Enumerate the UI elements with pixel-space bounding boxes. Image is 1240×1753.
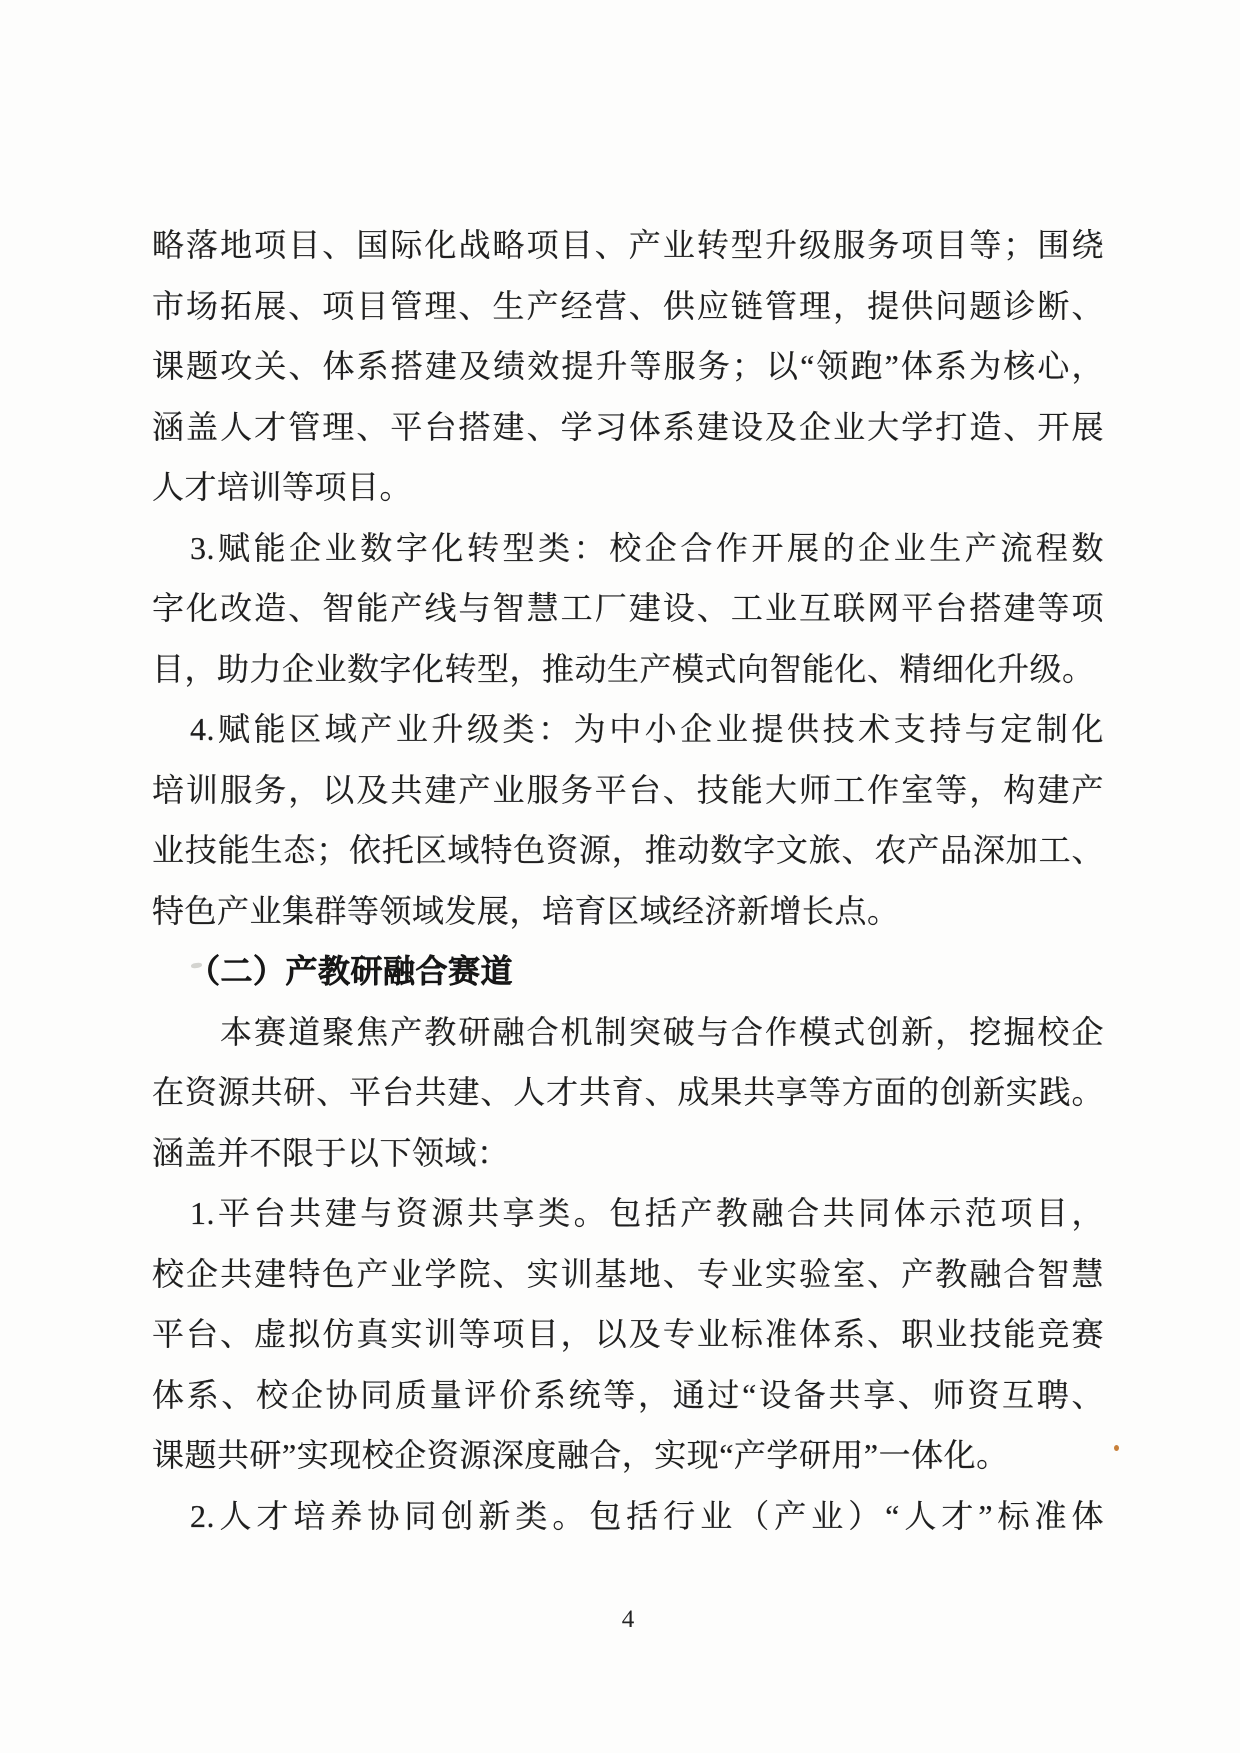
body-line: 略落地项目、国际化战略项目、产业转型升级服务项目等；围绕 bbox=[152, 215, 1104, 276]
document-page: 略落地项目、国际化战略项目、产业转型升级服务项目等；围绕 市场拓展、项目管理、生… bbox=[0, 0, 1240, 1753]
body-line-numbered: 4.赋能区域产业升级类：为中小企业提供技术支持与定制化 bbox=[152, 699, 1104, 760]
body-line: 特色产业集群等领域发展，培育区域经济新增长点。 bbox=[152, 881, 1104, 942]
body-line: 涵盖并不限于以下领域： bbox=[152, 1123, 1104, 1184]
body-line: 体系、校企协同质量评价系统等，通过“设备共享、师资互聘、 bbox=[152, 1365, 1104, 1426]
body-line-numbered: 1.平台共建与资源共享类。包括产教融合共同体示范项目， bbox=[152, 1183, 1104, 1244]
document-body: 略落地项目、国际化战略项目、产业转型升级服务项目等；围绕 市场拓展、项目管理、生… bbox=[152, 215, 1104, 1546]
page-number: 4 bbox=[152, 1598, 1104, 1642]
body-line: 目，助力企业数字化转型，推动生产模式向智能化、精细化升级。 bbox=[152, 639, 1104, 700]
body-line: 市场拓展、项目管理、生产经营、供应链管理，提供问题诊断、 bbox=[152, 276, 1104, 337]
body-line: 校企共建特色产业学院、实训基地、专业实验室、产教融合智慧 bbox=[152, 1244, 1104, 1305]
body-line: 课题攻关、体系搭建及绩效提升等服务；以“领跑”体系为核心， bbox=[152, 336, 1104, 397]
body-line: 涵盖人才管理、平台搭建、学习体系建设及企业大学打造、开展 bbox=[152, 397, 1104, 458]
body-line: 平台、虚拟仿真实训等项目，以及专业标准体系、职业技能竞赛 bbox=[152, 1304, 1104, 1365]
section-heading: （二）产教研融合赛道 bbox=[152, 941, 1104, 1002]
body-line: 业技能生态；依托区域特色资源，推动数字文旅、农产品深加工、 bbox=[152, 820, 1104, 881]
body-line: 课题共研”实现校企资源深度融合，实现“产学研用”一体化。 bbox=[152, 1425, 1104, 1486]
body-line: 人才培训等项目。 bbox=[152, 457, 1104, 518]
body-line-numbered: 2.人才培养协同创新类。包括行业（产业）“人才”标准体 bbox=[152, 1486, 1104, 1547]
body-line: 在资源共研、平台共建、人才共育、成果共享等方面的创新实践。 bbox=[152, 1062, 1104, 1123]
body-line-numbered: 3.赋能企业数字化转型类：校企合作开展的企业生产流程数 bbox=[152, 518, 1104, 579]
scan-speck bbox=[1114, 1445, 1119, 1451]
body-line: 培训服务，以及共建产业服务平台、技能大师工作室等，构建产 bbox=[152, 760, 1104, 821]
body-line: 字化改造、智能产线与智慧工厂建设、工业互联网平台搭建等项 bbox=[152, 578, 1104, 639]
body-line: 本赛道聚焦产教研融合机制突破与合作模式创新，挖掘校企 bbox=[152, 1002, 1104, 1063]
